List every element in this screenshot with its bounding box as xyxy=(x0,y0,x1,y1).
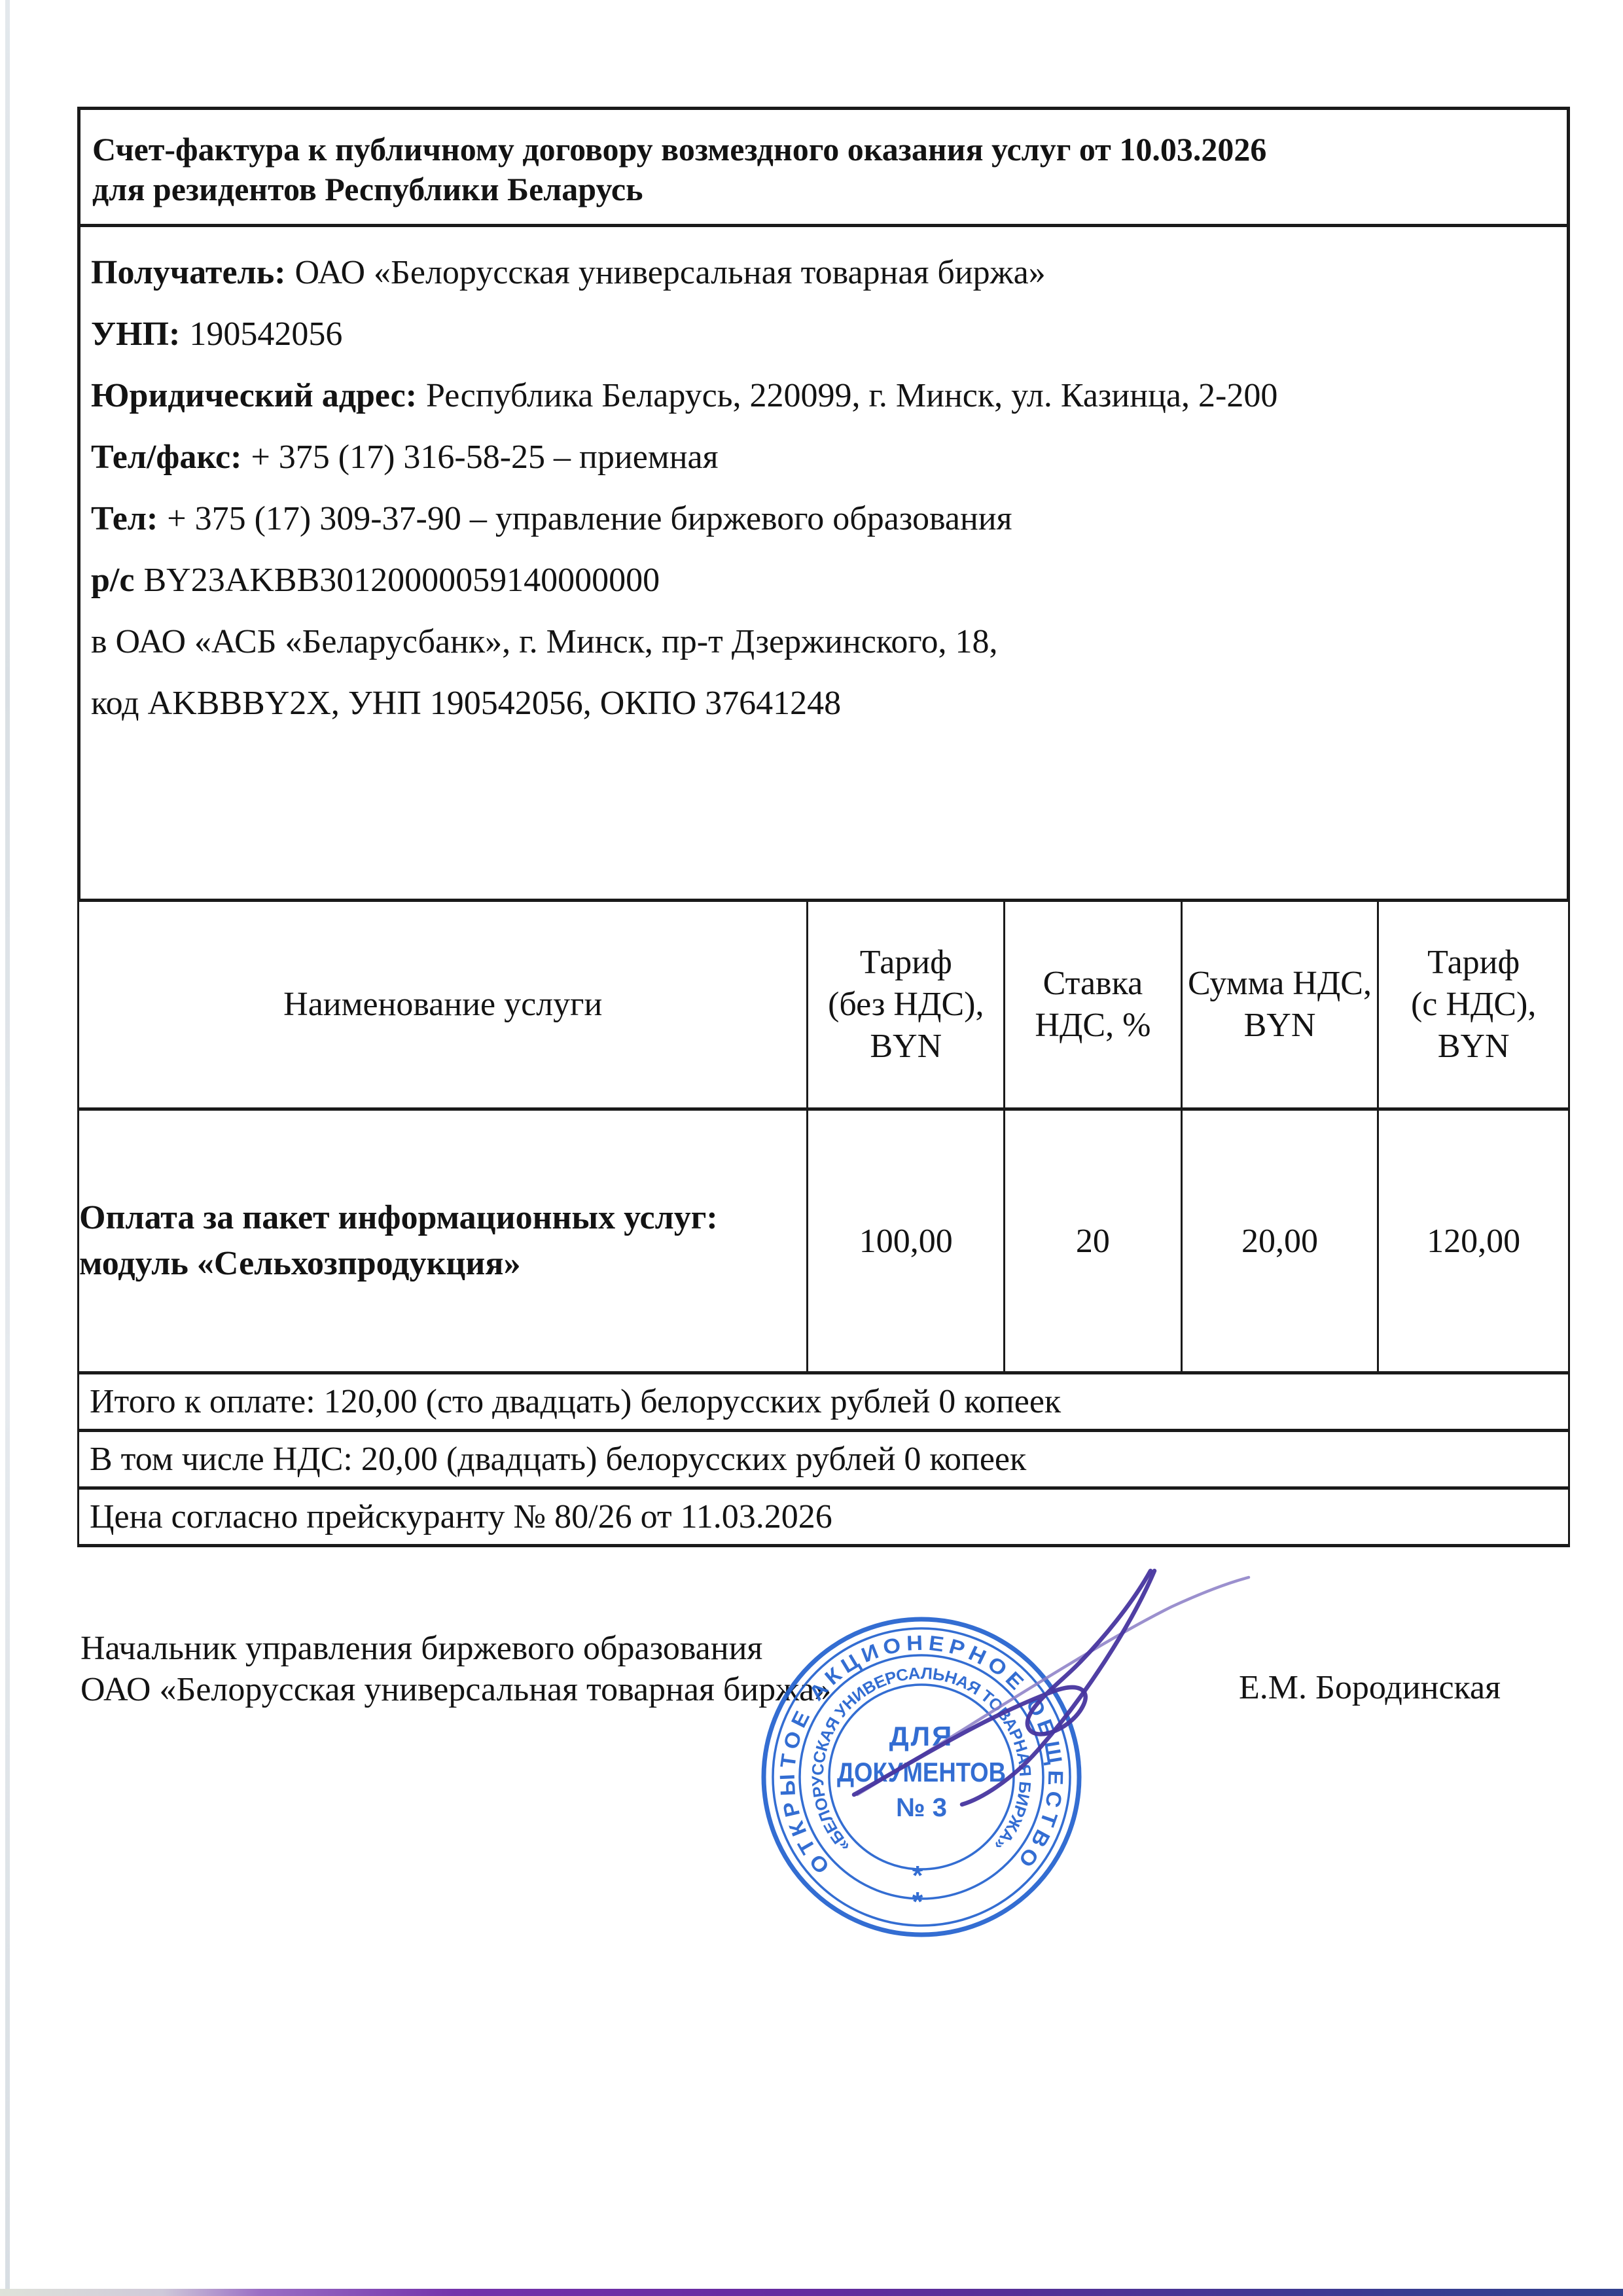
scanner-edge-artifact xyxy=(5,0,10,2296)
legal-address-value: Республика Беларусь, 220099, г. Минск, у… xyxy=(426,376,1277,415)
tel-label: Тел: xyxy=(91,499,158,538)
vat-sum-cell: 20,00 xyxy=(1181,1109,1378,1373)
total-due-row: Итого к оплате: 120,00 (сто двадцать) бе… xyxy=(79,1373,1569,1431)
scanner-streak-artifact xyxy=(0,2289,1623,2296)
stamp-center-line3: № 3 xyxy=(896,1793,947,1822)
tariff-with-vat-cell: 120,00 xyxy=(1378,1109,1569,1373)
bank-value: в ОАО «АСБ «Беларусбанк», г. Минск, пр-т… xyxy=(91,622,997,661)
account-line: р/сBY23AKBB30120000059140000000 xyxy=(91,549,1547,611)
bank-codes-value: код AKBBBY2X, УНП 190542056, ОКПО 376412… xyxy=(91,684,841,723)
vat-included-text: В том числе НДС: 20,00 (двадцать) белору… xyxy=(79,1431,1569,1488)
vat-included-row: В том числе НДС: 20,00 (двадцать) белору… xyxy=(79,1431,1569,1488)
telfax-value: + 375 (17) 316-58-25 – приемная xyxy=(251,438,718,476)
signature-tail-stroke xyxy=(962,1571,1154,1804)
header-vat-rate: Ставка НДС, % xyxy=(1005,901,1182,1109)
signatory-name: Е.М. Бородинская xyxy=(1239,1668,1501,1707)
recipient-value: ОАО «Белорусская универсальная товарная … xyxy=(295,253,1046,292)
telfax-line: Тел/факс:+ 375 (17) 316-58-25 – приемная xyxy=(91,426,1547,488)
signature-light-stroke xyxy=(857,1577,1249,1795)
stamp-inner-ring-textpath: «БЕЛОРУССКАЯ УНИВЕРСАЛЬНАЯ ТОВАРНАЯ БИРЖ… xyxy=(809,1664,1035,1856)
legal-address-line: Юридический адрес:Республика Беларусь, 2… xyxy=(91,365,1547,426)
invoice-title-line1: Счет-фактура к публичному договору возме… xyxy=(92,130,1541,170)
scanned-invoice-page: { "title": { "line1": "Счет-фактура к пу… xyxy=(0,0,1623,2296)
tel-line: Тел:+ 375 (17) 309-37-90 – управление би… xyxy=(91,488,1547,549)
header-tariff-without-vat: Тариф (без НДС), BYN xyxy=(808,901,1005,1109)
pen-signature xyxy=(854,1571,1249,1804)
invoice-title-section: Счет-фактура к публичному договору возме… xyxy=(77,107,1570,227)
invoice-title-line2: для резидентов Республики Беларусь xyxy=(92,170,1541,209)
unp-line: УНП:190542056 xyxy=(91,303,1547,365)
stamp-center-line1: ДЛЯ xyxy=(889,1721,954,1751)
price-list-row: Цена согласно прейскуранту № 80/26 от 11… xyxy=(79,1488,1569,1546)
tariff-table-header-row: Наименование услуги Тариф (без НДС), BYN… xyxy=(79,901,1569,1109)
stamp-star-outer: * xyxy=(912,1886,923,1917)
signatory-position-line1: Начальник управления биржевого образован… xyxy=(80,1628,831,1669)
recipient-details-section: Получатель:ОАО «Белорусская универсальна… xyxy=(77,227,1570,899)
tariff-table-data-row: Оплата за пакет информационных услуг: мо… xyxy=(79,1109,1569,1373)
tel-value: + 375 (17) 309-37-90 – управление биржев… xyxy=(167,499,1012,538)
signatory-position-line2: ОАО «Белорусская универсальная товарная … xyxy=(80,1669,831,1710)
vat-rate-cell: 20 xyxy=(1005,1109,1182,1373)
header-tariff-with-vat: Тариф (с НДС), BYN xyxy=(1378,901,1569,1109)
bank-line: в ОАО «АСБ «Беларусбанк», г. Минск, пр-т… xyxy=(91,611,1547,672)
account-label: р/с xyxy=(91,561,134,600)
stamp-middle-circle xyxy=(800,1655,1043,1899)
tariff-table: Наименование услуги Тариф (без НДС), BYN… xyxy=(77,899,1570,1547)
total-due-text: Итого к оплате: 120,00 (сто двадцать) бе… xyxy=(79,1373,1569,1431)
header-service-name: Наименование услуги xyxy=(79,901,808,1109)
invoice-document: Счет-фактура к публичному договору возме… xyxy=(77,107,1570,1547)
legal-address-label: Юридический адрес: xyxy=(91,376,417,415)
stamp-center-line2: ДОКУМЕНТОВ xyxy=(837,1757,1006,1787)
unp-value: 190542056 xyxy=(189,315,342,353)
bank-codes-line: код AKBBBY2X, УНП 190542056, ОКПО 376412… xyxy=(91,672,1547,734)
header-vat-sum: Сумма НДС, BYN xyxy=(1181,901,1378,1109)
stamp-inner-circle xyxy=(829,1685,1014,1869)
service-name-cell: Оплата за пакет информационных услуг: мо… xyxy=(79,1109,808,1373)
signatory-position-block: Начальник управления биржевого образован… xyxy=(80,1628,831,1710)
stamp-inner-ring-label: «БЕЛОРУССКАЯ УНИВЕРСАЛЬНАЯ ТОВАРНАЯ БИРЖ… xyxy=(809,1664,1035,1856)
signature-loop-stroke xyxy=(854,1571,1150,1795)
unp-label: УНП: xyxy=(91,315,180,353)
tariff-without-vat-cell: 100,00 xyxy=(808,1109,1005,1373)
recipient-label: Получатель: xyxy=(91,253,286,292)
telfax-label: Тел/факс: xyxy=(91,438,241,476)
stamp-star-inner: * xyxy=(912,1860,923,1891)
price-list-text: Цена согласно прейскуранту № 80/26 от 11… xyxy=(79,1488,1569,1546)
recipient-line: Получатель:ОАО «Белорусская универсальна… xyxy=(91,242,1547,303)
account-value: BY23AKBB30120000059140000000 xyxy=(143,561,660,600)
